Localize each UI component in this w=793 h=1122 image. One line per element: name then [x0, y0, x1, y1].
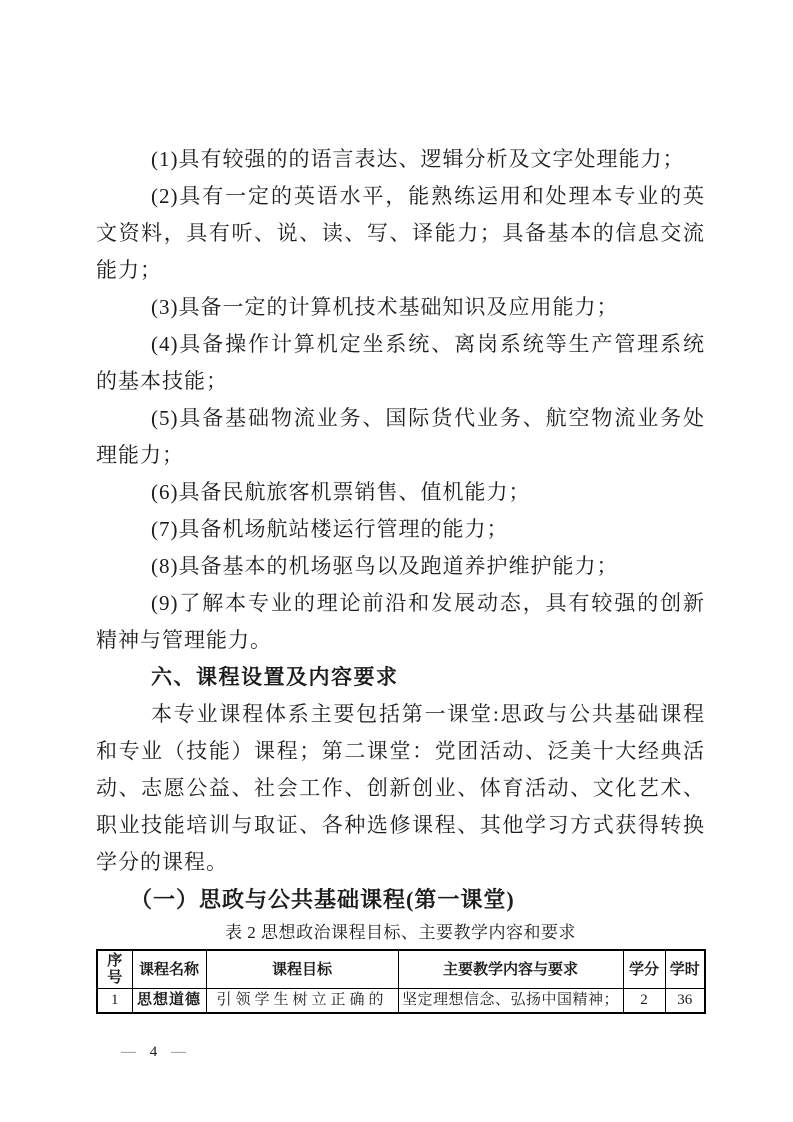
footer-left-dash: —: [121, 1044, 136, 1060]
ability-item: (3)具备一定的计算机技术基础知识及应用能力；: [96, 289, 705, 326]
subsection-heading: （一）思政与公共基础课程(第一课堂): [96, 881, 705, 918]
ability-item: (6)具备民航旅客机票销售、值机能力；: [96, 474, 705, 511]
table-row: 1 思想道德 引领学生树立正确的 坚定理想信念、弘扬中国精神； 2 36: [97, 988, 705, 1013]
ability-item: (2)具有一定的英语水平，能熟练运用和处理本专业的英文资料，具有听、说、读、写、…: [96, 178, 705, 289]
section-heading: 六、课程设置及内容要求: [96, 659, 705, 696]
intro-paragraph: 本专业课程体系主要包括第一课堂:思政与公共基础课程和专业（技能）课程；第二课堂：…: [96, 696, 705, 881]
document-page: (1)具有较强的的语言表达、逻辑分析及文字处理能力； (2)具有一定的英语水平，…: [0, 0, 793, 1122]
ability-item: (1)具有较强的的语言表达、逻辑分析及文字处理能力；: [96, 141, 705, 178]
header-cell-name: 课程名称: [132, 950, 206, 988]
ability-item: (5)具备基础物流业务、国际货代业务、航空物流业务处理能力；: [96, 400, 705, 474]
table-header-row: 序号 课程名称 课程目标 主要教学内容与要求 学分 学时: [97, 950, 705, 988]
header-cell-credit: 学分: [623, 950, 665, 988]
table-caption: 表 2 思想政治课程目标、主要教学内容和要求: [96, 918, 705, 948]
cell-credit: 2: [623, 988, 665, 1013]
ability-item: (9)了解本专业的理论前沿和发展动态，具有较强的创新精神与管理能力。: [96, 585, 705, 659]
page-footer: — 4 —: [121, 1042, 186, 1062]
header-cell-hour: 学时: [665, 950, 705, 988]
course-table: 序号 课程名称 课程目标 主要教学内容与要求 学分 学时 1 思想道德 引领学生…: [96, 949, 706, 1014]
page-number: 4: [150, 1044, 158, 1060]
ability-item: (4)具备操作计算机定坐系统、离岗系统等生产管理系统的基本技能；: [96, 326, 705, 400]
cell-main-content: 坚定理想信念、弘扬中国精神；: [398, 988, 623, 1013]
header-cell-goal: 课程目标: [206, 950, 398, 988]
header-cell-no: 序号: [97, 950, 132, 988]
ability-item: (7)具备机场航站楼运行管理的能力；: [96, 511, 705, 548]
cell-course-goal: 引领学生树立正确的: [206, 988, 398, 1013]
header-cell-main: 主要教学内容与要求: [398, 950, 623, 988]
cell-hour: 36: [665, 988, 705, 1013]
cell-no: 1: [97, 988, 132, 1013]
footer-right-dash: —: [171, 1044, 186, 1060]
cell-course-name: 思想道德: [132, 988, 206, 1013]
ability-item: (8)具备基本的机场驱鸟以及跑道养护维护能力；: [96, 548, 705, 585]
